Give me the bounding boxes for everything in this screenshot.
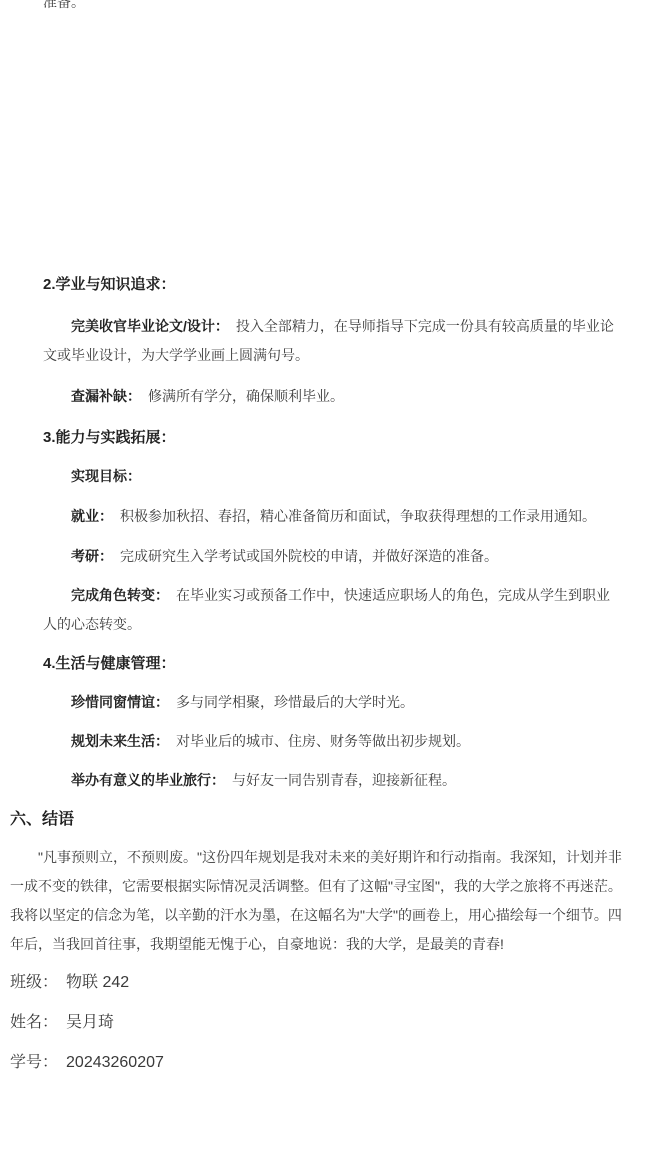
paragraph-label: 规划未来生活： [71,733,176,749]
section-heading: 4.生活与健康管理： [43,653,622,675]
section-life-health: 4.生活与健康管理： 珍惜同窗情谊：多与同学相聚，珍惜最后的大学时光。 规划未来… [43,653,622,795]
paragraph-text: 多与同学相聚，珍惜最后的大学时光。 [176,694,414,710]
document-body: 2.学业与知识追求： 完美收官毕业论文/设计：投入全部精力，在导师指导下完成一份… [0,0,654,1073]
paragraph-text: 积极参加秋招、春招，精心准备简历和面试，争取获得理想的工作录用通知。 [120,508,596,524]
name-label: 姓名： [10,1014,66,1031]
paragraph-label: 就业： [71,508,120,524]
class-value: 物联 242 [66,974,129,991]
paragraph: 完成角色转变：在毕业实习或预备工作中，快速适应职场人的角色，完成从学生到职业人的… [43,581,622,639]
signature-name-row: 姓名：吴月琦 [10,1013,622,1033]
conclusion-heading: 六、结语 [10,808,622,832]
paragraph-label: 举办有意义的毕业旅行： [71,772,232,788]
section-skills: 3.能力与实践拓展： 实现目标： 就业：积极参加秋招、春招，精心准备简历和面试，… [43,427,622,639]
paragraph: 查漏补缺：修满所有学分，确保顺利毕业。 [43,382,622,411]
paragraph: 完美收官毕业论文/设计：投入全部精力，在导师指导下完成一份具有较高质量的毕业论文… [43,312,622,370]
signature-student-id-row: 学号：20243260207 [10,1053,622,1073]
paragraph-text: 完成研究生入学考试或国外院校的申请，并做好深造的准备。 [120,548,498,564]
subsection-heading: 实现目标： [43,462,622,491]
name-value: 吴月琦 [66,1014,114,1031]
section-heading: 2.学业与知识追求： [43,274,622,296]
paragraph-text: 对毕业后的城市、住房、财务等做出初步规划。 [176,733,470,749]
paragraph: 举办有意义的毕业旅行：与好友一同告别青春，迎接新征程。 [43,766,622,795]
paragraph-label: 珍惜同窗情谊： [71,694,176,710]
conclusion-paragraph: "凡事预则立，不预则废。"这份四年规划是我对未来的美好期许和行动指南。我深知，计… [10,843,622,959]
paragraph-label: 完美收官毕业论文/设计： [71,318,236,334]
class-label: 班级： [10,974,66,991]
paragraph-label: 完成角色转变： [71,587,176,603]
student-id-value: 20243260207 [66,1054,164,1071]
section-heading: 3.能力与实践拓展： [43,427,622,449]
student-id-label: 学号： [10,1054,66,1071]
paragraph-label: 考研： [71,548,120,564]
paragraph: 就业：积极参加秋招、春招，精心准备简历和面试，争取获得理想的工作录用通知。 [43,502,622,531]
document-page: 准备。 2.学业与知识追求： 完美收官毕业论文/设计：投入全部精力，在导师指导下… [0,0,654,1164]
paragraph: 珍惜同窗情谊：多与同学相聚，珍惜最后的大学时光。 [43,688,622,717]
paragraph-text: 与好友一同告别青春，迎接新征程。 [232,772,456,788]
paragraph-text: 修满所有学分，确保顺利毕业。 [148,388,344,404]
paragraph: 考研：完成研究生入学考试或国外院校的申请，并做好深造的准备。 [43,542,622,571]
paragraph: 规划未来生活：对毕业后的城市、住房、财务等做出初步规划。 [43,727,622,756]
signature-class-row: 班级：物联 242 [10,973,622,993]
section-academics: 2.学业与知识追求： 完美收官毕业论文/设计：投入全部精力，在导师指导下完成一份… [43,274,622,411]
paragraph-label: 查漏补缺： [71,388,148,404]
